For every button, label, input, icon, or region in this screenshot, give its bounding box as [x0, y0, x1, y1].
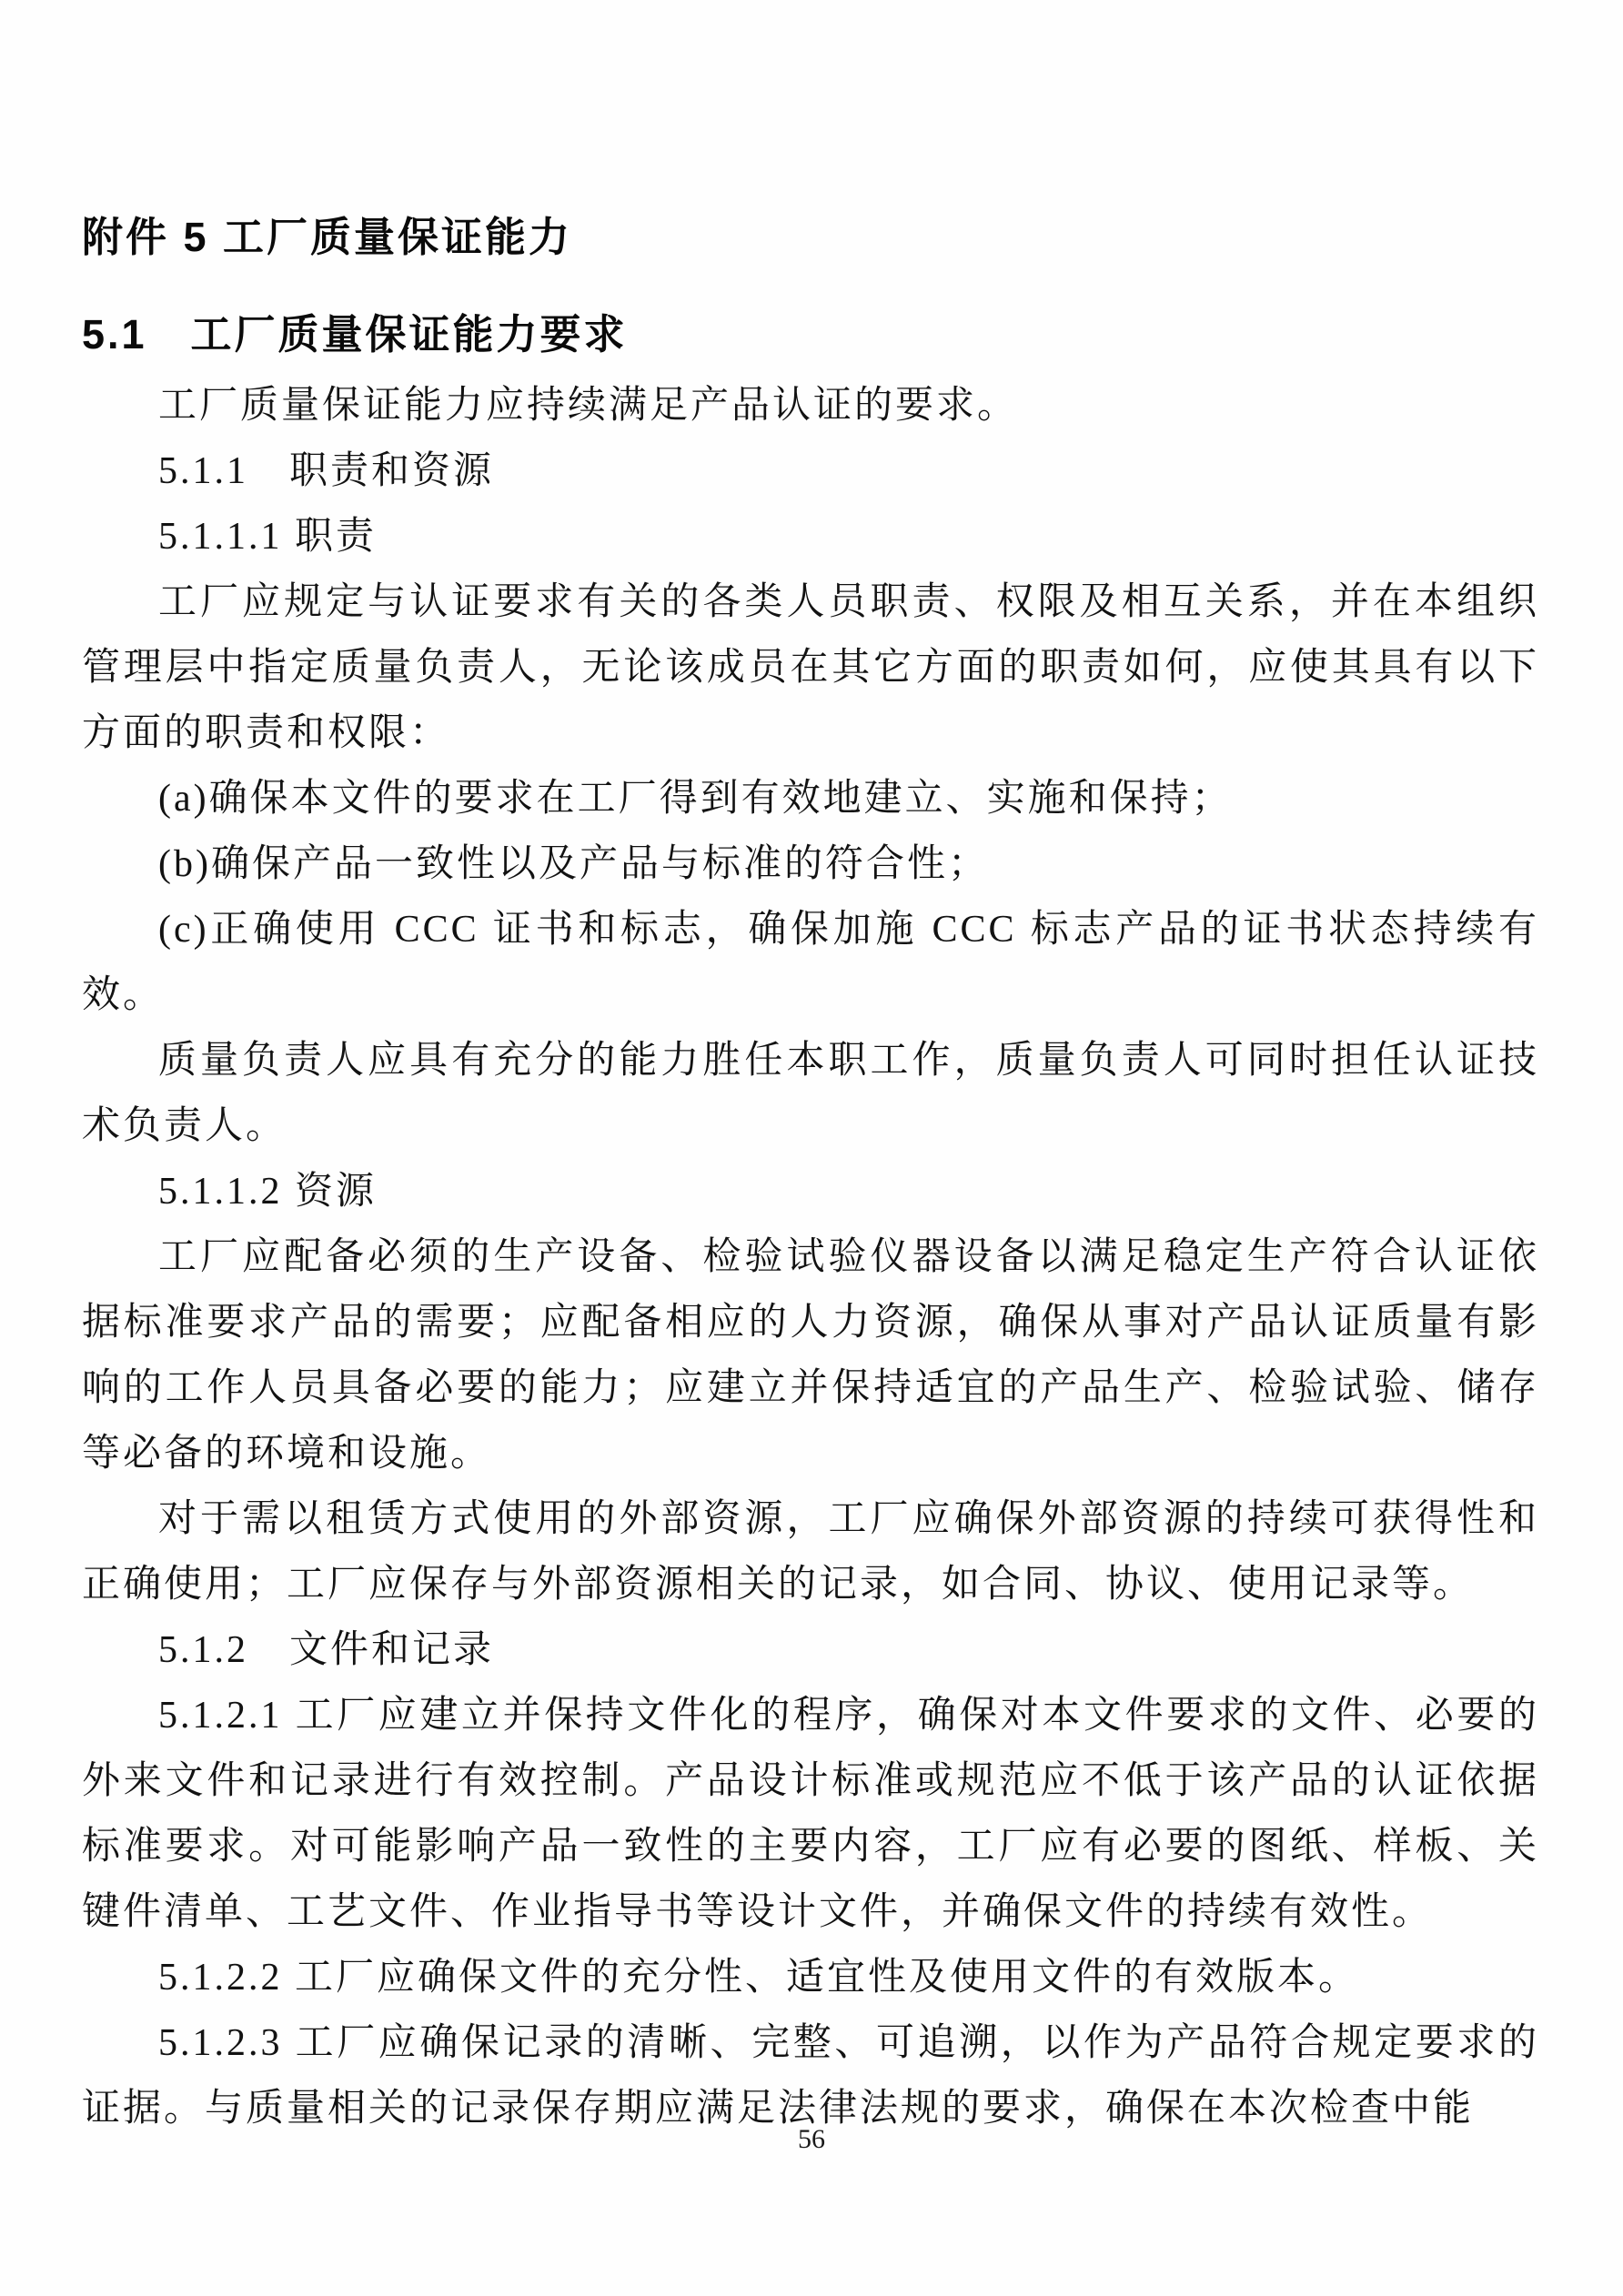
section-heading-5-1: 5.1 工厂质量保证能力要求: [82, 302, 1539, 368]
heading-5-1-2: 5.1.2 文件和记录: [82, 1617, 1539, 1683]
document-page: 附件 5 工厂质量保证能力 5.1 工厂质量保证能力要求 工厂质量保证能力应持续…: [0, 0, 1623, 2296]
page-number: 56: [0, 2121, 1623, 2158]
paragraph-5-1-2-1: 5.1.2.1 工厂应建立并保持文件化的程序，确保对本文件要求的文件、必要的外来…: [82, 1683, 1539, 1945]
document-title: 附件 5 工厂质量保证能力: [82, 204, 1539, 271]
paragraph-5-1-2-2: 5.1.2.2 工厂应确保文件的充分性、适宜性及使用文件的有效版本。: [82, 1945, 1539, 2010]
external-resources-paragraph: 对于需以租赁方式使用的外部资源，工厂应确保外部资源的持续可获得性和正确使用；工厂…: [82, 1486, 1539, 1617]
list-item-c: (c)正确使用 CCC 证书和标志，确保加施 CCC 标志产品的证书状态持续有效…: [82, 897, 1539, 1028]
document-content: 附件 5 工厂质量保证能力 5.1 工厂质量保证能力要求 工厂质量保证能力应持续…: [82, 204, 1539, 2141]
heading-5-1-1-1: 5.1.1.1 职责: [82, 504, 1539, 569]
heading-5-1-1: 5.1.1 职责和资源: [82, 438, 1539, 504]
list-item-b: (b)确保产品一致性以及产品与标准的符合性；: [82, 831, 1539, 897]
quality-manager-paragraph: 质量负责人应具有充分的能力胜任本职工作，质量负责人可同时担任认证技术负责人。: [82, 1028, 1539, 1159]
intro-paragraph: 工厂质量保证能力应持续满足产品认证的要求。: [82, 373, 1539, 438]
list-item-a: (a)确保本文件的要求在工厂得到有效地建立、实施和保持；: [82, 766, 1539, 831]
heading-5-1-1-2: 5.1.1.2 资源: [82, 1159, 1539, 1224]
resources-paragraph: 工厂应配备必须的生产设备、检验试验仪器设备以满足稳定生产符合认证依据标准要求产品…: [82, 1224, 1539, 1486]
responsibilities-paragraph: 工厂应规定与认证要求有关的各类人员职责、权限及相互关系，并在本组织管理层中指定质…: [82, 569, 1539, 766]
